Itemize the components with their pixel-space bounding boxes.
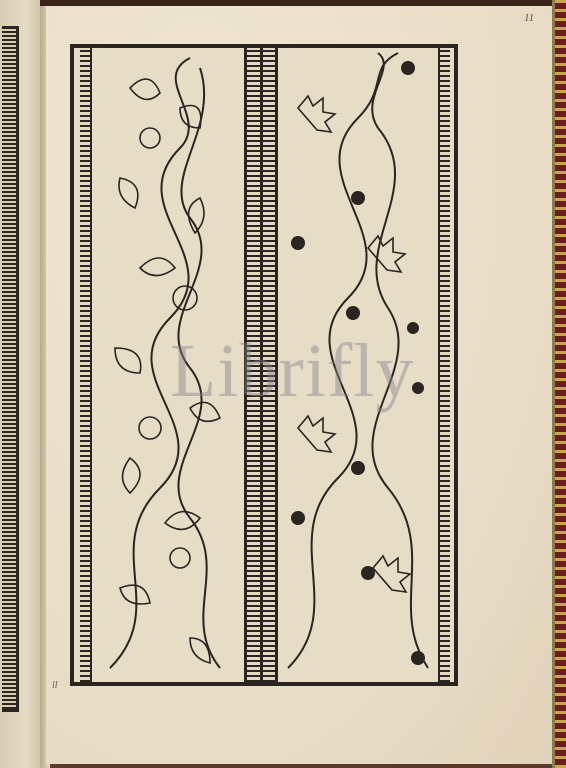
watermark-text: Librifly [170,328,414,415]
signature-mark: ll [52,680,58,691]
page-number: 11 [524,12,534,24]
hatched-rule-right [438,48,450,682]
gilt-binding-edge [552,0,566,768]
facing-page [0,0,44,768]
facing-page-woodcut-edge [2,26,19,712]
